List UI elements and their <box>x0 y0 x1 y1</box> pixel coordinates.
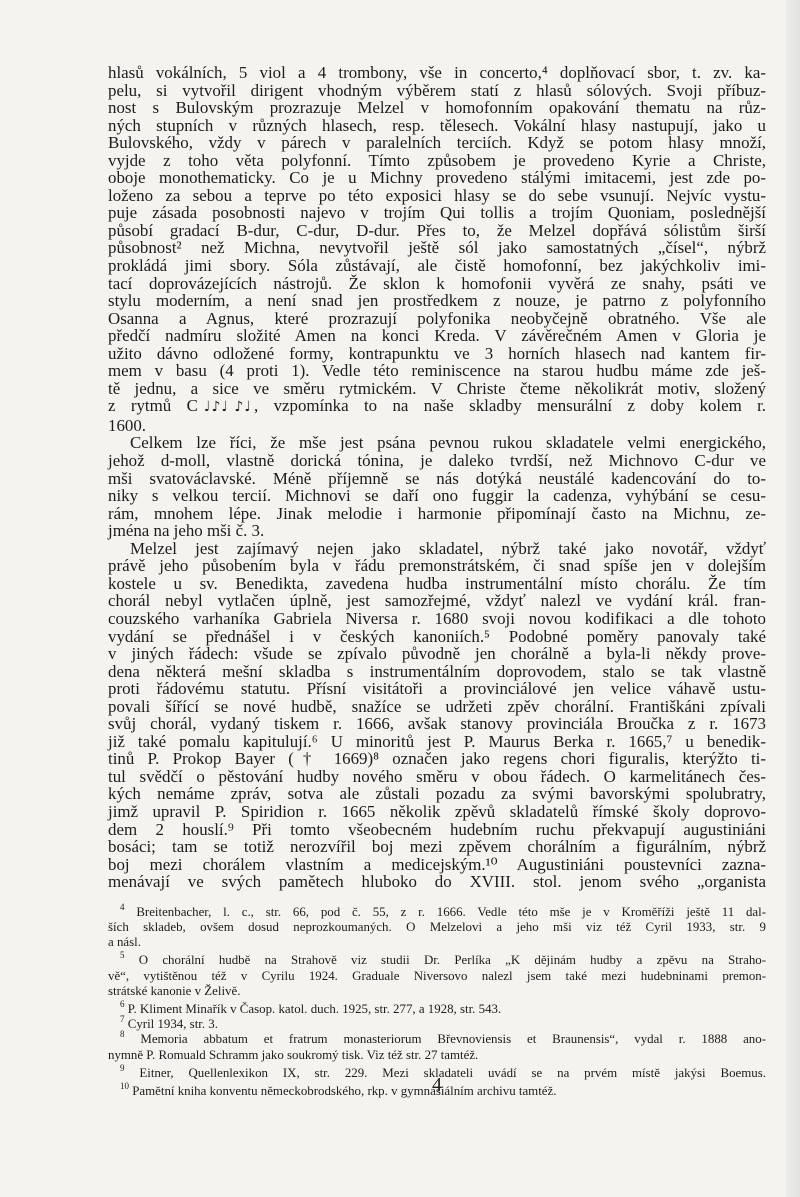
footnote-mark: 7 <box>120 1014 125 1024</box>
text-line: dem 2 houslí.⁹ Při tomto všeobecném hude… <box>108 821 766 839</box>
text-line: proti řádovému statutu. Přísní visitátoř… <box>108 680 766 698</box>
text-line: bosáci; tam se totiž nerozvířil boj mezi… <box>108 838 766 856</box>
text-line: Bulovského, vždy v párech v paralelních … <box>108 134 766 152</box>
text-line: tinů P. Prokop Bayer († 1669)⁸ označen j… <box>108 750 766 768</box>
text-line: oboje monothematicky. Co je u Michny pro… <box>108 169 766 187</box>
rhythm-line-before: z rytmů C <box>108 396 198 415</box>
footnote-6: 6 P. Kliment Minařík v Časop. katol. duc… <box>108 1002 766 1017</box>
footnote-line: 8 Memoria abbatum et fratrum monasterior… <box>108 1032 766 1047</box>
footnote-8: 8 Memoria abbatum et fratrum monasterior… <box>108 1032 766 1062</box>
text-line: kostele u sv. Benedikta, zavedena hudba … <box>108 575 766 593</box>
text-line: 1600. <box>108 417 766 435</box>
footnote-text: Memoria abbatum et fratrum monasteriorum… <box>140 1032 766 1046</box>
text-line: tací doprovázejících nástrojů. Že sklon … <box>108 275 766 293</box>
text-line: rám, mnohem lépe. Jinak melodie i harmon… <box>108 505 766 523</box>
text-line: již také pomalu kapitulují.⁶ U minoritů … <box>108 733 766 751</box>
text-line: jména na jeho mši č. 3. <box>108 522 766 540</box>
footnote-7: 7 Cyril 1934, str. 3. <box>108 1017 766 1032</box>
text-line: tul svědčí o pěstování hudby nového směr… <box>108 768 766 786</box>
text-line: vydání se přednášel i v českých kanoniíc… <box>108 628 766 646</box>
footnote-line: 4 Breitenbacher, l. c., str. 66, pod č. … <box>108 905 766 920</box>
text-line: kých nemáme zpráv, sotva ale zůstali poz… <box>108 785 766 803</box>
music-notes-icon: ♩♪♩ ♪♩ <box>204 399 252 417</box>
text-line: povali šířící se nové hudbě, snažíce se … <box>108 698 766 716</box>
text-line: užito dávno odložené formy, kontrapunktu… <box>108 345 766 363</box>
footnote-line: 6 P. Kliment Minařík v Časop. katol. duc… <box>108 1002 766 1017</box>
footnote-line: vě“, vytištěnou též v Cyrilu 1924. Gradu… <box>108 969 766 984</box>
text-line: boj mezi chorálem vlastním a medicejským… <box>108 856 766 874</box>
text-line: právě jeho působením byla v řádu premons… <box>108 557 766 575</box>
footnote-text: O chorální hudbě na Strahově viz studii … <box>139 953 766 967</box>
text-line: couzského varhaníka Gabriela Niversa r. … <box>108 610 766 628</box>
text-line: prokládá jimi sbory. Sóla zůstávají, ale… <box>108 257 766 275</box>
text-line: hlasů vokálních, 5 viol a 4 trombony, vš… <box>108 64 766 82</box>
page-number: 4 <box>108 1074 766 1097</box>
book-page: hlasů vokálních, 5 viol a 4 trombony, vš… <box>108 64 766 1099</box>
scan-edge <box>786 0 800 1197</box>
footnote-mark: 8 <box>120 1029 125 1039</box>
paragraph-2: Celkem lze říci, že mše jest psána pevno… <box>108 434 766 539</box>
text-line: dena některá mešní skladba s instrumentá… <box>108 663 766 681</box>
text-line: nost s Bulovským prozrazuje Melzel v hom… <box>108 99 766 117</box>
text-line: svůj chorál, vydaný tiskem r. 1666, avša… <box>108 715 766 733</box>
text-line: chorál nebyl vytlačen úplně, jest samozř… <box>108 592 766 610</box>
main-text: hlasů vokálních, 5 viol a 4 trombony, vš… <box>108 64 766 891</box>
footnote-text: Cyril 1934, str. 3. <box>128 1017 218 1031</box>
rhythm-line-after: , vzpomínka to na naše skladby mensuráln… <box>254 396 766 415</box>
footnote-line: strátské kanonie v Želivě. <box>108 984 766 999</box>
text-line: Osanna a Agnus, které prozrazují polyfon… <box>108 310 766 328</box>
text-line: ných stupních v různých hlasech, resp. t… <box>108 117 766 135</box>
text-line: vyjde z toho věta polyfonní. Tímto způso… <box>108 152 766 170</box>
text-line: pelu, si vytvořil dirigent vhodným výběr… <box>108 82 766 100</box>
footnote-line: 5 O chorální hudbě na Strahově viz studi… <box>108 953 766 968</box>
footnote-line: nymně P. Romuald Schramm jako soukromý t… <box>108 1048 766 1063</box>
rhythm-line: z rytmů C♩♪♩ ♪♩, vzpomínka to na naše sk… <box>108 397 766 417</box>
text-line: mši svatováclavské. Méně příjemně se nás… <box>108 470 766 488</box>
footnote-line: a násl. <box>108 935 766 950</box>
text-line: působí gradací B-dur, C-dur, D-dur. Přes… <box>108 222 766 240</box>
footnote-line: 7 Cyril 1934, str. 3. <box>108 1017 766 1032</box>
footnote-text: P. Kliment Minařík v Časop. katol. duch.… <box>128 1002 501 1016</box>
text-line: jehož d-moll, vlastně dorická tónina, je… <box>108 452 766 470</box>
text-line: stylu moderním, a není snad jen prostřed… <box>108 292 766 310</box>
paragraph-3: Melzel jest zajímavý nejen jako skladate… <box>108 540 766 891</box>
text-line: Melzel jest zajímavý nejen jako skladate… <box>108 540 766 558</box>
text-line: mem v basu (4 proti 1). Vedle této remin… <box>108 362 766 380</box>
text-line: tě jednu, a sice ve směru rytmickém. V C… <box>108 380 766 398</box>
text-line: menávají ve svých pamětech hluboko do XV… <box>108 873 766 891</box>
text-line: předčí nadmíru složité Amen na konci Kre… <box>108 327 766 345</box>
text-line: puje zásada posobnosti najevo v trojím Q… <box>108 204 766 222</box>
footnote-text: Breitenbacher, l. c., str. 66, pod č. 55… <box>136 905 766 919</box>
footnote-mark: 9 <box>120 1063 125 1073</box>
text-line: jimž upravil P. Spiridion r. 1665 několi… <box>108 803 766 821</box>
footnote-5: 5 O chorální hudbě na Strahově viz studi… <box>108 953 766 999</box>
text-line: působnost² než Michna, nevytvořil ještě … <box>108 239 766 257</box>
footnotes: 4 Breitenbacher, l. c., str. 66, pod č. … <box>108 905 766 1099</box>
text-line: niky s velkou tercií. Michnovi se daří o… <box>108 487 766 505</box>
footnote-mark: 4 <box>120 902 125 912</box>
paragraph-1: hlasů vokálních, 5 viol a 4 trombony, vš… <box>108 64 766 434</box>
text-line: loženo za sebou a teprve po této exposic… <box>108 187 766 205</box>
footnote-4: 4 Breitenbacher, l. c., str. 66, pod č. … <box>108 905 766 951</box>
footnote-mark: 5 <box>120 950 125 960</box>
footnote-line: ších skladeb, ovšem dosud neprozkoumanýc… <box>108 920 766 935</box>
text-line: Celkem lze říci, že mše jest psána pevno… <box>108 434 766 452</box>
footnote-mark: 6 <box>120 999 125 1009</box>
text-line: v jiných řádech: všude se zpívalo původn… <box>108 645 766 663</box>
